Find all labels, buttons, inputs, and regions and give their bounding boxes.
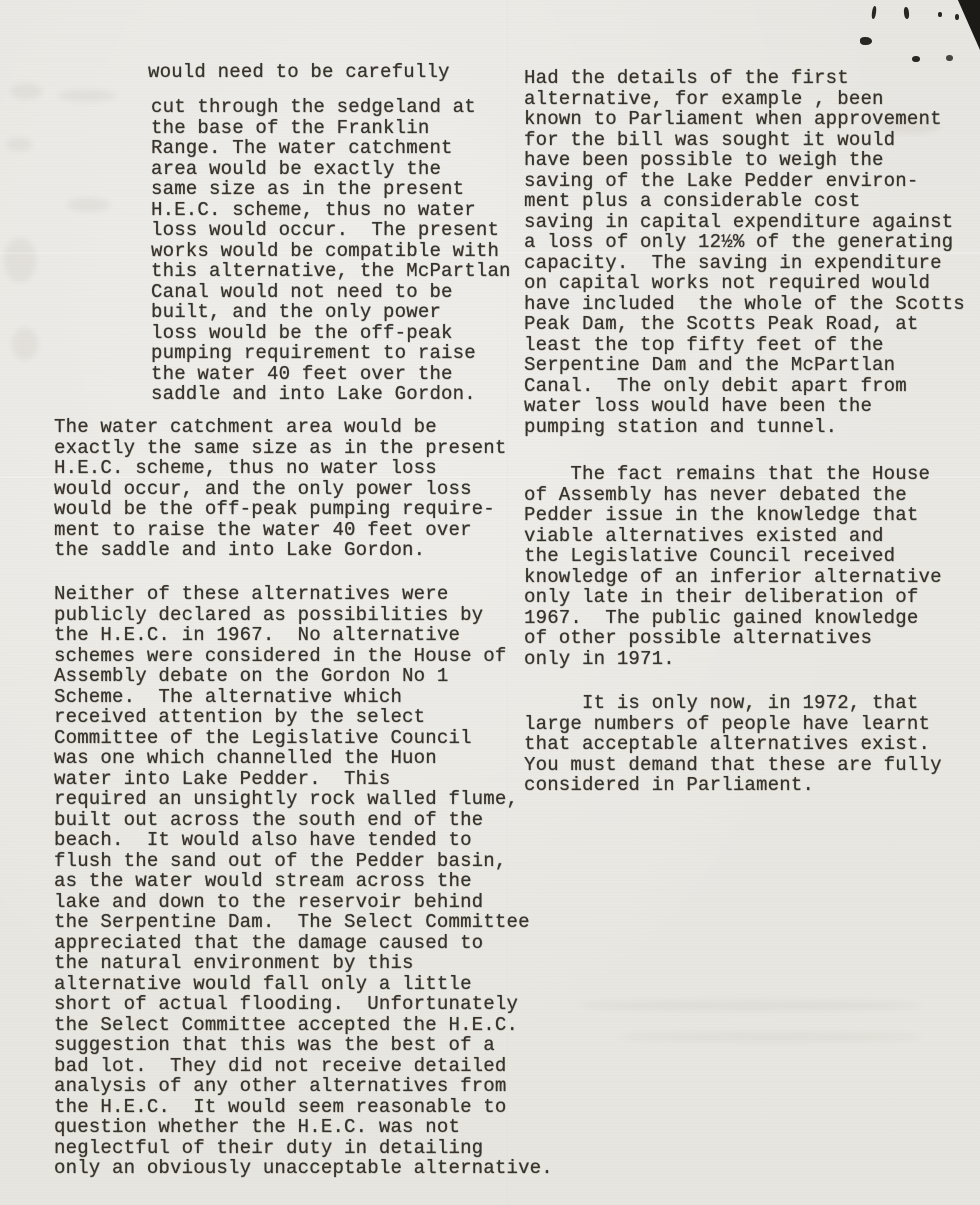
- right-paragraph-1: Had the details of the first alternative…: [524, 68, 965, 437]
- ink-speck: [912, 56, 920, 62]
- bleed-through-stain: [620, 1032, 920, 1042]
- ink-speck: [938, 12, 942, 17]
- bleed-through-stain: [6, 138, 32, 151]
- left-paragraph-2: The water catchment area would be exactl…: [54, 417, 506, 561]
- bleed-through-stain: [58, 90, 116, 101]
- bleed-through-stain: [4, 238, 36, 282]
- bleed-through-stain: [68, 198, 110, 212]
- ink-speck: [946, 55, 953, 61]
- ink-speck: [903, 7, 909, 19]
- right-paragraph-2: The fact remains that the House of Assem…: [524, 464, 942, 669]
- ink-speck: [871, 6, 877, 19]
- left-hanging-line: would need to be carefully: [148, 62, 450, 83]
- scanner-corner-artifact: [954, 0, 980, 50]
- ink-speck: [860, 37, 872, 45]
- left-paragraph-3: Neither of these alternatives were publi…: [54, 584, 553, 1179]
- bleed-through-stain: [10, 84, 42, 99]
- scanned-document-page: would need to be carefully cut through t…: [0, 0, 980, 1205]
- ink-speck: [955, 14, 959, 20]
- right-paragraph-3: It is only now, in 1972, that large numb…: [524, 693, 942, 796]
- bleed-through-stain: [12, 328, 38, 360]
- left-indented-paragraph: cut through the sedgeland at the base of…: [151, 97, 511, 405]
- bleed-through-stain: [580, 1000, 920, 1011]
